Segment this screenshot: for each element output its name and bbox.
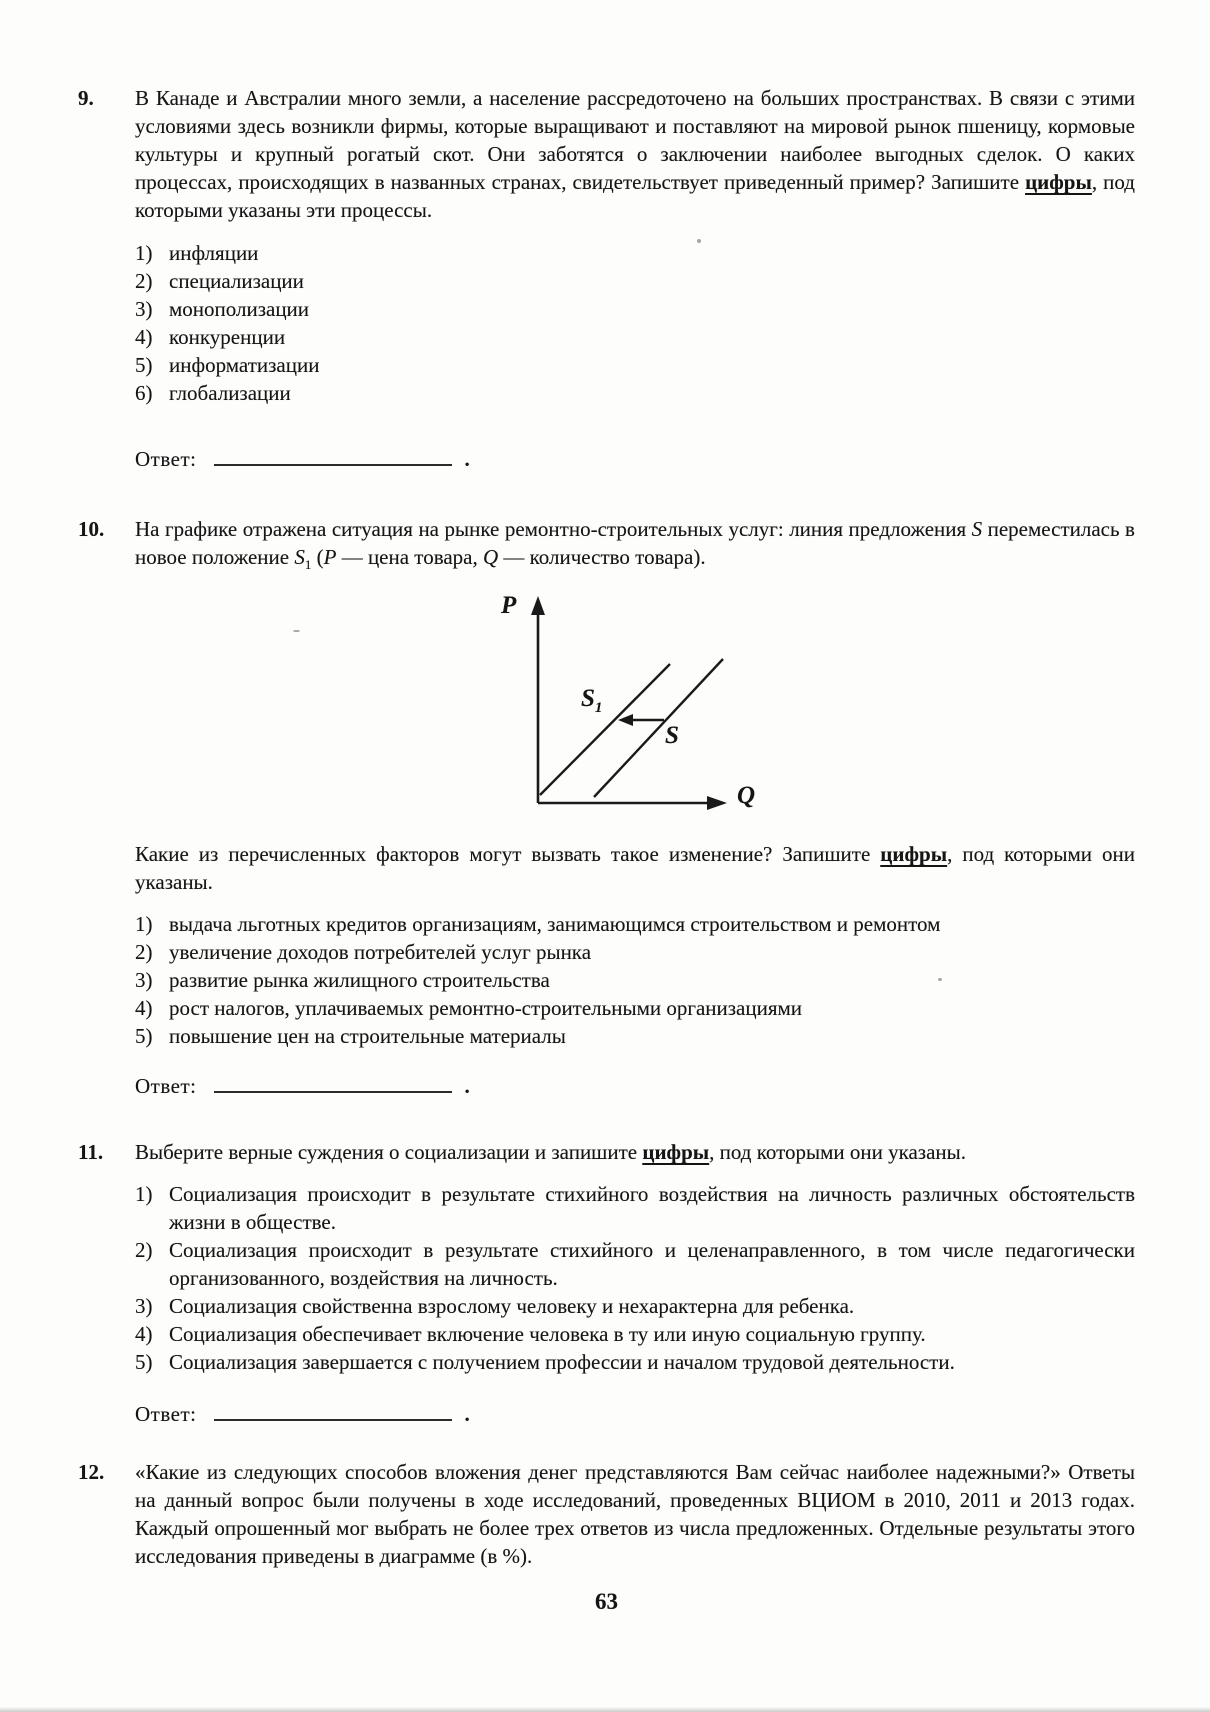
option-row: 1)выдача льготных кредитов организациям,… [135, 910, 1135, 938]
option-row: 2)специализации [135, 267, 1135, 295]
supply-line-new-s1 [540, 664, 670, 795]
option-label: информатизации [169, 351, 1135, 379]
options-list: 1)Социализация происходит в результате с… [135, 1180, 1135, 1376]
option-number: 4) [135, 323, 169, 351]
options-list: 1)инфляции 2)специализации 3)монополизац… [135, 239, 1135, 407]
answer-period: . [464, 1074, 469, 1098]
page-number: 63 [78, 1588, 1135, 1616]
scan-speck [293, 630, 300, 632]
answer-label: Ответ: [135, 1402, 196, 1426]
math-symbol-s: S [972, 517, 983, 541]
question-10: 10. На графике отражена ситуация на рынк… [0, 515, 1210, 1100]
option-label: Социализация происходит в результате сти… [169, 1236, 1135, 1292]
option-row: 2)Социализация происходит в результате с… [135, 1236, 1135, 1292]
option-label: развитие рынка жилищного строительства [169, 966, 1135, 994]
option-number: 1) [135, 239, 169, 267]
keyword-tsifry: цифры [1025, 170, 1092, 194]
s1-letter: S [581, 685, 595, 712]
option-row: 5)повышение цен на строительные материал… [135, 1022, 1135, 1050]
option-number: 5) [135, 351, 169, 379]
answer-label: Ответ: [135, 447, 196, 471]
question-body: На графике отражена ситуация на рынке ре… [135, 515, 1135, 1100]
question-12: 12. «Какие из следующих способов вложени… [0, 1458, 1210, 1570]
answer-period: . [464, 1402, 469, 1426]
option-label: Социализация завершается с получением пр… [169, 1348, 1135, 1376]
supply-line-old-s [594, 659, 723, 797]
option-label: конкуренции [169, 323, 1135, 351]
quantity-axis-arrowhead-icon [707, 796, 727, 810]
option-label: рост налогов, уплачиваемых ремонтно-стро… [169, 994, 1135, 1022]
answer-blank-line [214, 1405, 452, 1421]
question-text: В Канаде и Австралии много земли, а насе… [135, 84, 1135, 224]
keyword-tsifry: цифры [880, 842, 947, 866]
question-text-segment: На графике отражена ситуация на рынке ре… [135, 517, 972, 541]
option-number: 5) [135, 1348, 169, 1376]
s1-subscript: 1 [595, 700, 603, 716]
question-number: 12. [78, 1458, 135, 1570]
question-number: 11. [78, 1138, 135, 1428]
s1-line-label: S1 [581, 686, 602, 721]
option-row: 4)Социализация обеспечивает включение че… [135, 1320, 1135, 1348]
graph-svg [461, 591, 781, 816]
question-body: Выберите верные суждения о социализации … [135, 1138, 1135, 1428]
option-row: 3)монополизации [135, 295, 1135, 323]
question-text: «Какие из следующих способов вложения де… [135, 1458, 1135, 1570]
options-list: 1)выдача льготных кредитов организациям,… [135, 910, 1135, 1050]
option-number: 6) [135, 379, 169, 407]
answer-blank-line [214, 450, 452, 466]
answer-period: . [464, 447, 469, 471]
option-number: 2) [135, 267, 169, 295]
option-row: 3)развитие рынка жилищного строительства [135, 966, 1135, 994]
option-number: 4) [135, 994, 169, 1022]
question-body: «Какие из следующих способов вложения де… [135, 1458, 1135, 1570]
question-number: 9. [78, 84, 135, 473]
question-text-segment: — цена товара, [336, 545, 483, 569]
option-label: Социализация обеспечивает включение чело… [169, 1320, 1135, 1348]
option-number: 2) [135, 938, 169, 966]
supply-shift-graph: P Q S1 S [461, 591, 781, 816]
question-text: Выберите верные суждения о социализации … [135, 1138, 1135, 1166]
option-label: увеличение доходов потребителей услуг ры… [169, 938, 1135, 966]
option-row: 4)рост налогов, уплачиваемых ремонтно-ст… [135, 994, 1135, 1022]
answer-row: Ответ:. [135, 1072, 1135, 1100]
option-row: 3)Социализация свойственна взрослому чел… [135, 1292, 1135, 1320]
option-number: 1) [135, 910, 169, 938]
answer-row: Ответ:. [135, 445, 1135, 473]
option-number: 1) [135, 1180, 169, 1236]
question-text: Какие из перечисленных факторов могут вы… [135, 840, 1135, 896]
option-row: 5)информатизации [135, 351, 1135, 379]
exam-page: 9. В Канаде и Австралии много земли, а н… [0, 0, 1210, 1712]
question-body: В Канаде и Австралии много земли, а насе… [135, 84, 1135, 473]
option-label: Социализация свойственна взрослому челов… [169, 1292, 1135, 1320]
option-number: 3) [135, 1292, 169, 1320]
option-number: 3) [135, 295, 169, 323]
keyword-tsifry: цифры [642, 1140, 709, 1164]
option-row: 2)увеличение доходов потребителей услуг … [135, 938, 1135, 966]
option-label: Социализация происходит в результате сти… [169, 1180, 1135, 1236]
option-label: повышение цен на строительные материалы [169, 1022, 1135, 1050]
option-label: специализации [169, 267, 1135, 295]
option-number: 4) [135, 1320, 169, 1348]
option-row: 1)инфляции [135, 239, 1135, 267]
option-label: инфляции [169, 239, 1135, 267]
s-line-label: S [665, 723, 679, 748]
option-label: глобализации [169, 379, 1135, 407]
option-number: 2) [135, 1236, 169, 1292]
option-number: 3) [135, 966, 169, 994]
option-row: 4)конкуренции [135, 323, 1135, 351]
option-row: 5)Социализация завершается с получением … [135, 1348, 1135, 1376]
scan-speck [697, 239, 701, 243]
scan-page-edge-shadow [0, 1707, 1210, 1712]
question-text-segment: Выберите верные суждения о социализации … [135, 1140, 642, 1164]
math-symbol-p: P [324, 545, 337, 569]
question-text: На графике отражена ситуация на рынке ре… [135, 515, 1135, 579]
question-text-segment: — количество товара). [498, 545, 705, 569]
question-number: 10. [78, 515, 135, 1100]
price-axis-arrowhead-icon [531, 596, 545, 615]
question-text-segment: В Канаде и Австралии много земли, а насе… [135, 86, 1135, 194]
question-9: 9. В Канаде и Австралии много земли, а н… [0, 84, 1210, 473]
scan-speck [884, 1467, 887, 1471]
question-text-segment: , под которыми они указаны. [709, 1140, 966, 1164]
math-symbol-s1: S [294, 545, 305, 569]
x-axis-label-q: Q [737, 783, 755, 808]
answer-blank-line [214, 1077, 452, 1093]
option-label: монополизации [169, 295, 1135, 323]
question-text-segment: ( [311, 545, 323, 569]
y-axis-label-p: P [501, 593, 516, 618]
option-label: выдача льготных кредитов организациям, з… [169, 910, 1135, 938]
math-symbol-q: Q [483, 545, 498, 569]
option-row: 6)глобализации [135, 379, 1135, 407]
answer-label: Ответ: [135, 1074, 196, 1098]
question-11: 11. Выберите верные суждения о социализа… [0, 1138, 1210, 1428]
answer-row: Ответ:. [135, 1400, 1135, 1428]
option-row: 1)Социализация происходит в результате с… [135, 1180, 1135, 1236]
scan-speck [938, 978, 942, 981]
question-text-segment: Какие из перечисленных факторов могут вы… [135, 842, 880, 866]
option-number: 5) [135, 1022, 169, 1050]
